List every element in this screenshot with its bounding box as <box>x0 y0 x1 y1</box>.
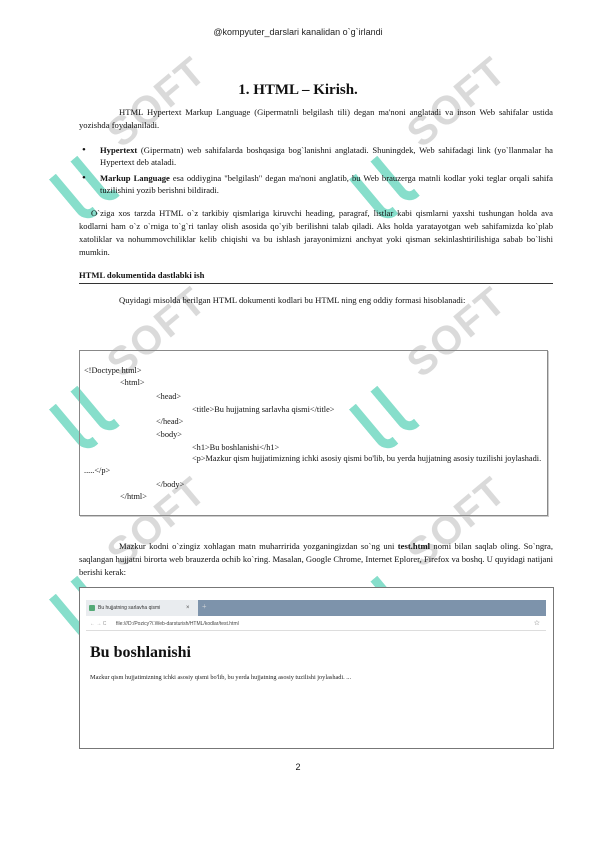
paragraph-save-instructions: Mazkur kodni o`zingiz xohlagan matn muha… <box>79 540 553 579</box>
code-example-box: <!Doctype html> <html> <head> <title>Bu … <box>79 350 548 516</box>
page-title: 1. HTML – Kirish. <box>0 82 596 99</box>
bullet-markup-language: Markup Language esa oddiygina "belgilash… <box>100 172 553 196</box>
code-line: <!Doctype html> <box>84 365 142 377</box>
nav-buttons[interactable]: ← → C <box>90 618 106 630</box>
watermark-text: SOFT <box>399 48 516 156</box>
code-line: <head> <box>156 391 181 403</box>
bullet-term: Markup Language <box>100 173 170 183</box>
address-bar[interactable]: ← → C file:///D:/Pozicy?/.Web-darsturish… <box>86 618 546 631</box>
browser-screenshot: Bu hujjatning sarlavha qismi × + ← → C f… <box>79 587 554 749</box>
section-heading: HTML dokumentida dastlabki ish <box>79 270 553 284</box>
close-icon[interactable]: × <box>186 600 190 616</box>
code-line: <html> <box>120 377 145 389</box>
bookmark-star-icon[interactable]: ☆ <box>534 618 540 630</box>
text: Mazkur kodni o`zingiz xohlagan matn muha… <box>119 541 398 551</box>
tab-title: Bu hujjatning sarlavha qismi <box>98 605 160 611</box>
bullet-text: (Gipermatn) web sahifalarda boshqasiga b… <box>100 145 553 167</box>
filename: test.html <box>398 541 430 551</box>
favicon-icon <box>89 605 95 611</box>
bullet-hypertext: Hypertext (Gipermatn) web sahifalarda bo… <box>100 144 553 168</box>
page-header: @kompyuter_darslari kanalidan o`g`irland… <box>0 27 596 37</box>
code-line: </html> <box>120 491 147 503</box>
paragraph-structure: O`ziga xos tarzda HTML o`z tarkibiy qism… <box>79 207 553 259</box>
code-line: </body> <box>156 479 184 491</box>
code-line: <body> <box>156 429 182 441</box>
url-text[interactable]: file:///D:/Pozicy?/.Web-darsturish/HTML/… <box>116 618 239 630</box>
code-line: <title>Bu hujjatning sarlavha qismi</tit… <box>192 404 334 416</box>
intro-paragraph: HTML Hypertext Markup Language (Gipermat… <box>79 106 553 132</box>
watermark-text: SOFT <box>99 48 216 156</box>
rendered-heading: Bu boshlanishi <box>90 644 191 662</box>
code-line: <h1>Bu boshlanishi</h1> <box>192 442 279 454</box>
bullet-term: Hypertext <box>100 145 137 155</box>
code-line: <p>Mazkur qism hujjatimizning ichki asos… <box>84 453 544 476</box>
code-line: </head> <box>156 416 183 428</box>
page-number: 2 <box>0 762 596 772</box>
paragraph-example-intro: Quyidagi misolda berilgan HTML dokumenti… <box>79 294 553 307</box>
browser-tab[interactable]: Bu hujjatning sarlavha qismi × <box>86 600 198 616</box>
new-tab-button[interactable]: + <box>202 603 210 611</box>
browser-tab-bar: Bu hujjatning sarlavha qismi × + <box>86 600 546 616</box>
rendered-paragraph: Mazkur qism hujjatimizning ichki asosiy … <box>90 674 351 681</box>
